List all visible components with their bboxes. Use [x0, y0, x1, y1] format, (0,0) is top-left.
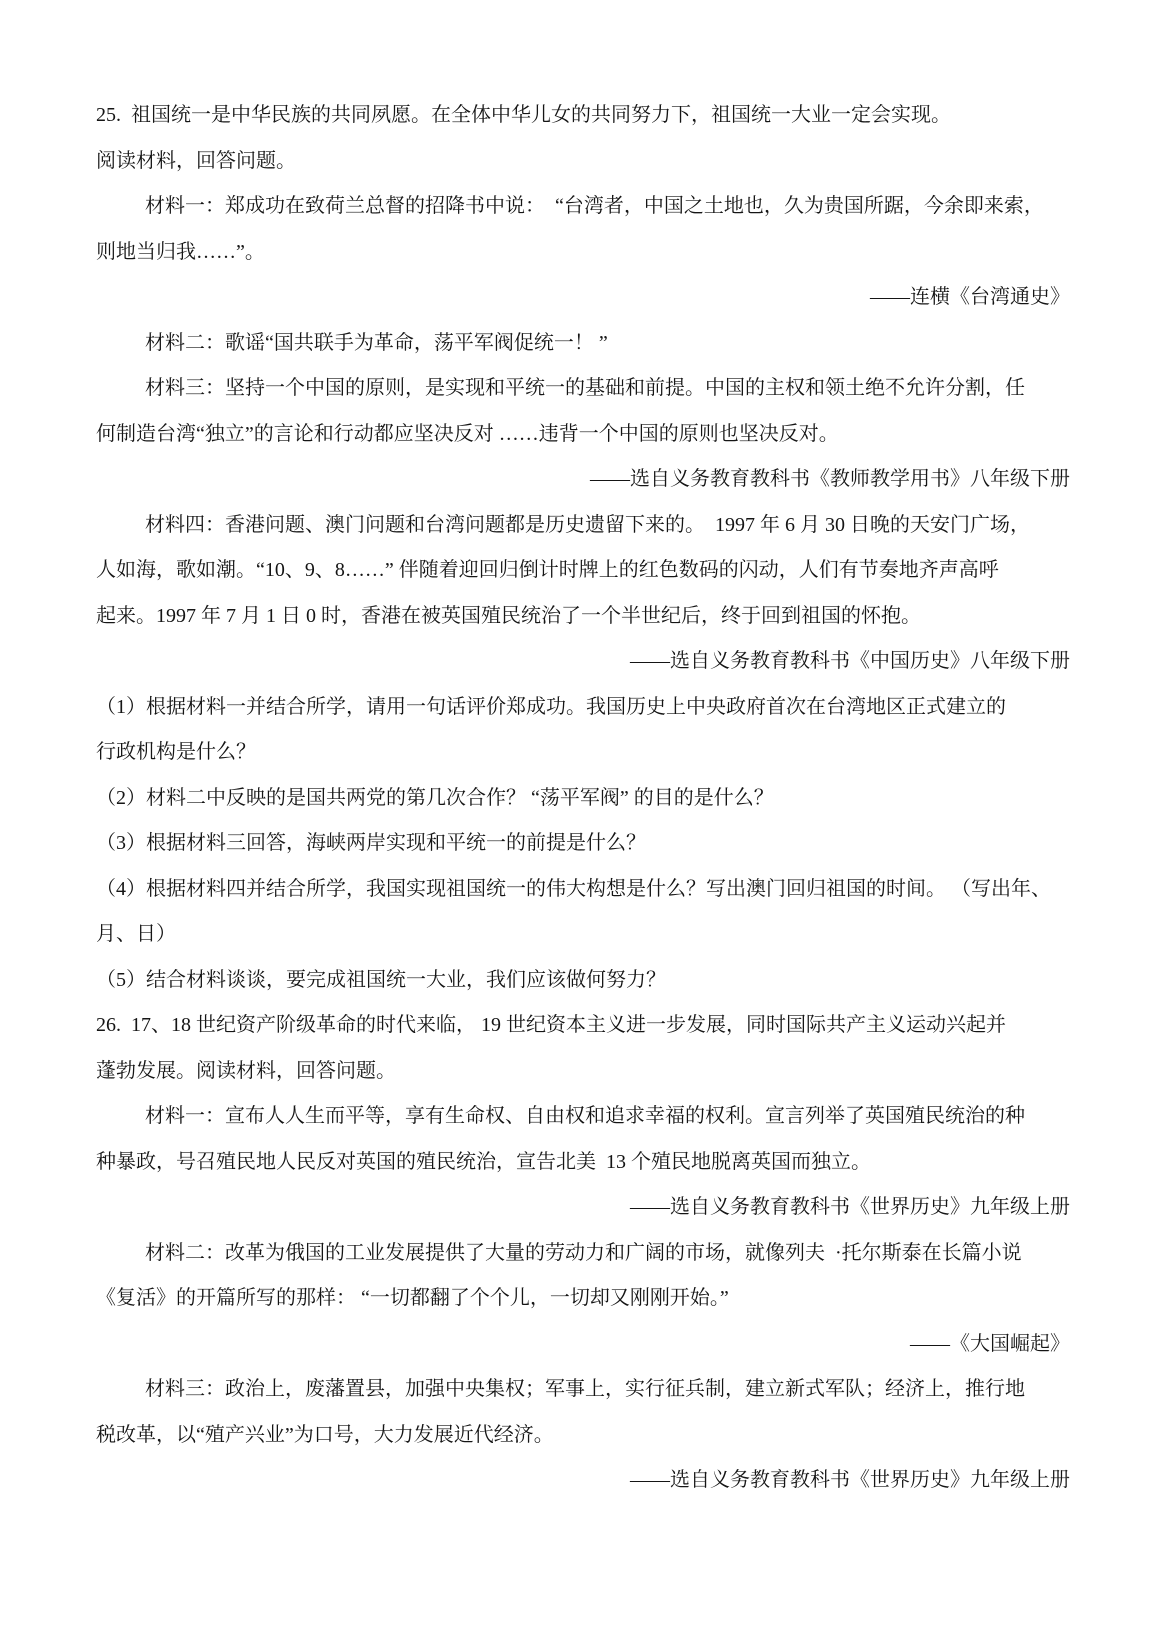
material-line: 材料一：宣布人人生而平等，享有生命权、自由权和追求幸福的权利。宣言列举了英国殖民… [96, 1094, 1070, 1140]
material-line: 种暴政，号召殖民地人民反对英国的殖民统治，宣告北美 13 个殖民地脱离英国而独立… [96, 1140, 1070, 1186]
question-26: 26. 17、18 世纪资产阶级革命的时代来临， 19 世纪资本主义进一步发展，… [96, 1003, 1070, 1504]
question-stem-line: 26. 17、18 世纪资产阶级革命的时代来临， 19 世纪资本主义进一步发展，… [96, 1003, 1070, 1049]
sub-question-line: 行政机构是什么？ [96, 730, 1070, 776]
material-line: 材料三：坚持一个中国的原则，是实现和平统一的基础和前提。中国的主权和领土绝不允许… [96, 366, 1070, 412]
page-content: 25. 祖国统一是中华民族的共同夙愿。在全体中华儿女的共同努力下，祖国统一大业一… [96, 93, 1070, 1504]
question-stem-line: 阅读材料，回答问题。 [96, 139, 1070, 185]
material-line: 《复活》的开篇所写的那样： “一切都翻了个个儿，一切却又刚刚开始。” [96, 1276, 1070, 1322]
material-line: 税改革，以“殖产兴业”为口号，大力发展近代经济。 [96, 1413, 1070, 1459]
sub-question-line: （1）根据材料一并结合所学，请用一句话评价郑成功。我国历史上中央政府首次在台湾地… [96, 685, 1070, 731]
material-line: 材料二：改革为俄国的工业发展提供了大量的劳动力和广阔的市场，就像列夫 ·托尔斯泰… [96, 1231, 1070, 1277]
material-line: 何制造台湾“独立”的言论和行动都应坚决反对 ……违背一个中国的原则也坚决反对。 [96, 412, 1070, 458]
source-citation: ——选自义务教育教科书《世界历史》九年级上册 [96, 1185, 1070, 1231]
question-25: 25. 祖国统一是中华民族的共同夙愿。在全体中华儿女的共同努力下，祖国统一大业一… [96, 93, 1070, 1003]
material-line: 材料四：香港问题、澳门问题和台湾问题都是历史遗留下来的。 1997 年 6 月 … [96, 503, 1070, 549]
sub-question-line: （5）结合材料谈谈，要完成祖国统一大业，我们应该做何努力？ [96, 958, 1070, 1004]
material-line: 人如海，歌如潮。“10、9、8……” 伴随着迎回归倒计时牌上的红色数码的闪动，人… [96, 548, 1070, 594]
sub-question-line: （3）根据材料三回答，海峡两岸实现和平统一的前提是什么？ [96, 821, 1070, 867]
source-citation: ——选自义务教育教科书《教师教学用书》八年级下册 [96, 457, 1070, 503]
material-line: 起来。1997 年 7 月 1 日 0 时，香港在被英国殖民统治了一个半世纪后，… [96, 594, 1070, 640]
material-line: 材料二：歌谣“国共联手为革命，荡平军阀促统一！ ” [96, 321, 1070, 367]
sub-question-line: （4）根据材料四并结合所学，我国实现祖国统一的伟大构想是什么？写出澳门回归祖国的… [96, 867, 1070, 913]
exam-paper-page: 25. 祖国统一是中华民族的共同夙愿。在全体中华儿女的共同努力下，祖国统一大业一… [0, 0, 1158, 1638]
sub-question-line: （2）材料二中反映的是国共两党的第几次合作？ “荡平军阀” 的目的是什么？ [96, 776, 1070, 822]
source-citation: ——《大国崛起》 [96, 1322, 1070, 1368]
question-stem-line: 25. 祖国统一是中华民族的共同夙愿。在全体中华儿女的共同努力下，祖国统一大业一… [96, 93, 1070, 139]
material-line: 则地当归我……”。 [96, 230, 1070, 276]
source-citation: ——选自义务教育教科书《世界历史》九年级上册 [96, 1458, 1070, 1504]
material-line: 材料三：政治上，废藩置县，加强中央集权；军事上，实行征兵制，建立新式军队；经济上… [96, 1367, 1070, 1413]
sub-question-line: 月、日） [96, 912, 1070, 958]
source-citation: ——连横《台湾通史》 [96, 275, 1070, 321]
question-stem-line: 蓬勃发展。阅读材料，回答问题。 [96, 1049, 1070, 1095]
material-line: 材料一：郑成功在致荷兰总督的招降书中说： “台湾者，中国之土地也，久为贵国所踞，… [96, 184, 1070, 230]
source-citation: ——选自义务教育教科书《中国历史》八年级下册 [96, 639, 1070, 685]
